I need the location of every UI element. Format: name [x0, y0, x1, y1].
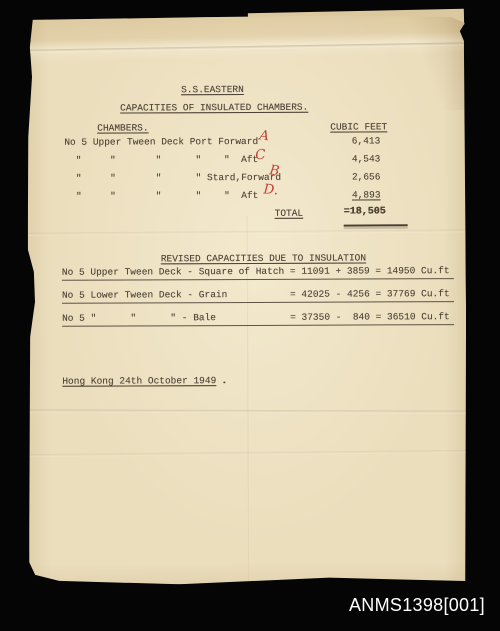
dateline: Hong Kong 24th October 1949.: [62, 375, 227, 387]
document-title: S.S.EASTERN: [181, 84, 244, 95]
red-annotation-b: B: [269, 164, 281, 178]
revised-line: No 5 Upper Tween Deck - Square of Hatch …: [62, 265, 454, 281]
table-row-value: 4,893: [308, 189, 381, 200]
table-row-label: No 5 Upper Tween Deck Port Forward: [64, 136, 258, 148]
dateline-period: .: [216, 375, 227, 386]
paper-crease: [28, 409, 466, 413]
red-annotation-a: A: [259, 129, 270, 143]
paper-crease: [27, 42, 465, 52]
document-subtitle: CAPACITIES OF INSULATED CHAMBERS.: [120, 102, 308, 114]
column-header-chambers: CHAMBERS.: [97, 122, 148, 133]
catalog-label: ANMS1398[001]: [349, 595, 485, 616]
total-value: =18,505: [344, 206, 386, 217]
paper-crease: [29, 450, 467, 457]
revised-line: No 5 Lower Tween Deck - Grain = 42025 - …: [62, 288, 454, 304]
table-row-label: " " " " Stard,Forward: [64, 172, 281, 184]
total-rule: [344, 224, 408, 226]
table-row-label: " " " " " Aft: [64, 154, 258, 166]
document-paper: S.S.EASTERN CAPACITIES OF INSULATED CHAM…: [27, 15, 467, 587]
paper-corner-fold: [401, 15, 465, 110]
revised-line: No 5 " " " - Bale = 37350 - 840 = 36510 …: [62, 311, 454, 327]
paper-crease: [28, 229, 466, 235]
table-row-value: 4,543: [307, 153, 380, 164]
table-row-value: 2,656: [307, 171, 380, 182]
revised-heading: REVISED CAPACITIES DUE TO INSULATION: [161, 252, 366, 264]
red-annotation-d: D.: [263, 183, 278, 197]
total-label: TOTAL: [275, 208, 304, 219]
archive-photo: S.S.EASTERN CAPACITIES OF INSULATED CHAM…: [0, 0, 500, 631]
column-header-cubic-feet: CUBIC FEET: [330, 121, 387, 132]
red-annotation-c: C: [255, 149, 266, 163]
dateline-text: Hong Kong 24th October 1949: [62, 375, 216, 387]
table-row-value: 6,413: [307, 135, 380, 146]
table-row-label: " " " " " Aft: [65, 190, 259, 202]
